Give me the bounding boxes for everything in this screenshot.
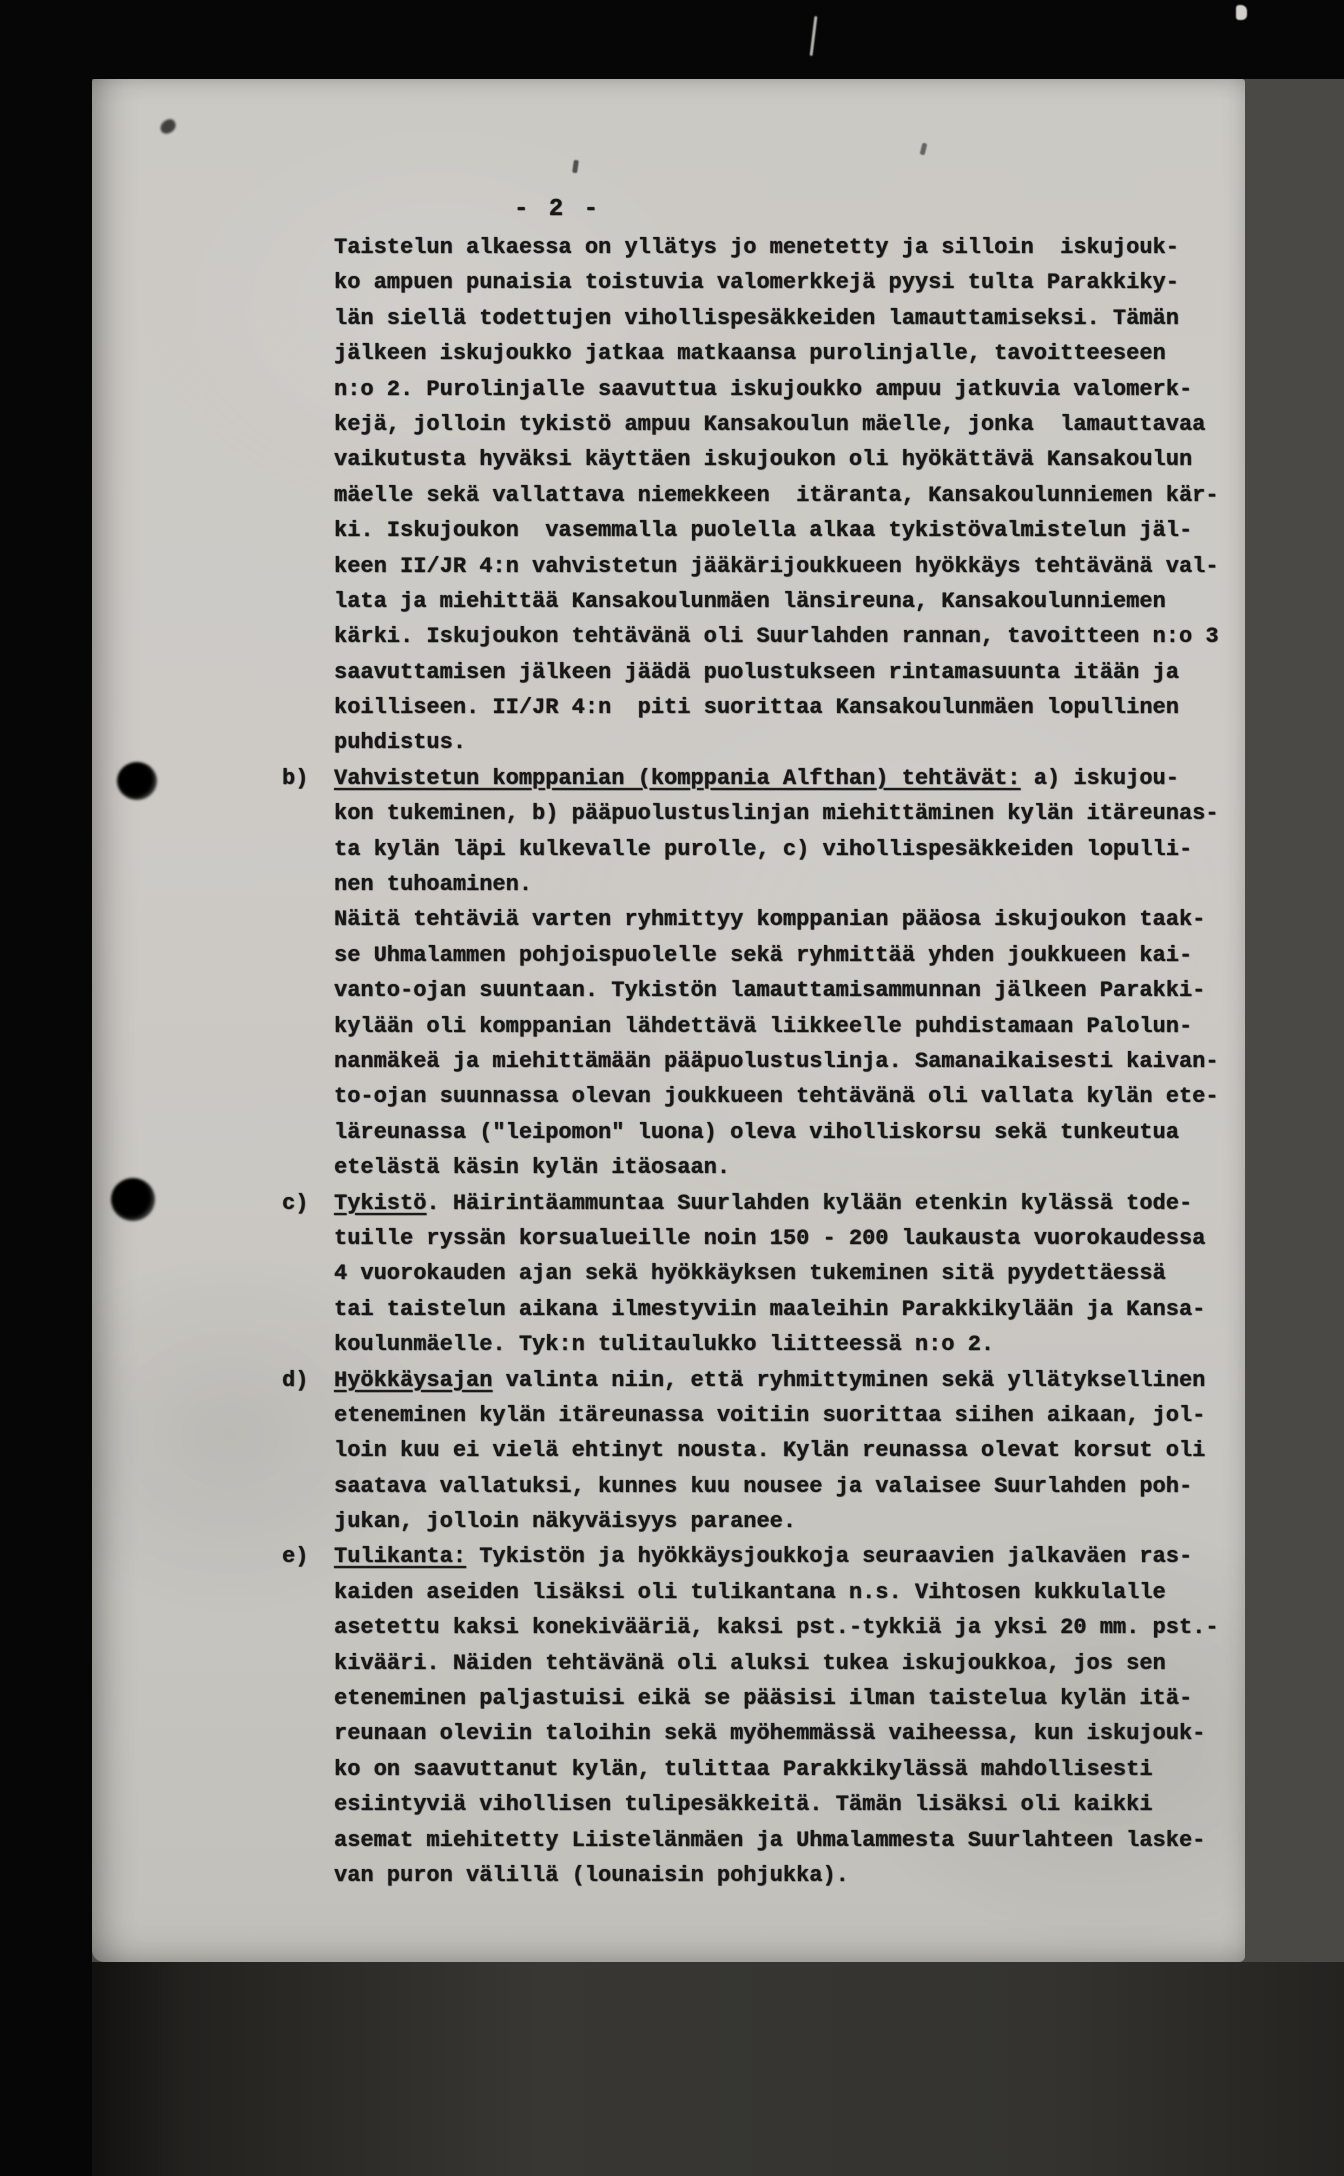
text-line: jukan, jolloin näkyväisyys paranee. [334,1504,1294,1539]
text-line: län siellä todettujen vihollispesäkkeide… [334,301,1294,336]
text-line: tai taistelun aikana ilmestyviin maaleih… [334,1292,1294,1327]
text-line: kivääri. Näiden tehtävänä oli aluksi tuk… [334,1646,1294,1681]
text-line: keen II/JR 4:n vahvistetun jääkärijoukku… [334,549,1294,584]
text-line: nen tuhoaminen. [334,867,1294,902]
text-line: eteneminen kylän itäreunassa voitiin suo… [334,1398,1294,1433]
text-line: etelästä käsin kylän itäosaan. [334,1150,1294,1185]
section-label: d) [282,1363,308,1398]
page-number: - 2 - [514,196,601,223]
text-line: se Uhmalammen pohjoispuolelle sekä ryhmi… [334,938,1294,973]
text-line: läreunassa ("leipomon" luona) oleva viho… [334,1115,1294,1150]
scanned-document: - 2 - Taistelun alkaessa on yllätys jo m… [0,0,1344,2176]
section-label: b) [282,761,308,796]
text-line: koulunmäelle. Tyk:n tulitaulukko liittee… [334,1327,1294,1362]
document-section: d)Hyökkäysajan valinta niin, että ryhmit… [334,1363,1294,1540]
document-section: e)Tulikanta: Tykistön ja hyökkäysjoukkoj… [334,1539,1294,1893]
text-line: koilliseen. II/JR 4:n piti suorittaa Kan… [334,690,1294,725]
text-line: jälkeen iskujoukko jatkaa matkaansa puro… [334,336,1294,371]
text-line: nanmäkeä ja miehittämään pääpuolustuslin… [334,1044,1294,1079]
text-line: loin kuu ei vielä ehtinyt nousta. Kylän … [334,1433,1294,1468]
text-line: to-ojan suunnassa olevan joukkueen tehtä… [334,1079,1294,1114]
typewritten-text-layer: - 2 - Taistelun alkaessa on yllätys jo m… [0,0,1344,2176]
text-line: asetettu kaksi konekivääriä, kaksi pst.-… [334,1610,1294,1645]
text-line: asemat miehitetty Liistelänmäen ja Uhmal… [334,1823,1294,1858]
text-line: vanto-ojan suuntaan. Tykistön lamauttami… [334,973,1294,1008]
text-line: reunaan oleviin taloihin sekä myöhemmäss… [334,1716,1294,1751]
text-line: van puron välillä (lounaisin pohjukka). [334,1858,1294,1893]
text-line: Taistelun alkaessa on yllätys jo menetet… [334,230,1294,265]
document-section: Taistelun alkaessa on yllätys jo menetet… [334,230,1294,761]
text-line: ta kylän läpi kulkevalle purolle, c) vih… [334,832,1294,867]
text-line: ko on saavuttanut kylän, tulittaa Parakk… [334,1752,1294,1787]
text-line: ko ampuen punaisia toistuvia valomerkkej… [334,265,1294,300]
text-line: d)Hyökkäysajan valinta niin, että ryhmit… [334,1363,1294,1398]
text-line: kon tukeminen, b) pääpuolustuslinjan mie… [334,796,1294,831]
text-line: kejä, jolloin tykistö ampuu Kansakoulun … [334,407,1294,442]
text-line: puhdistus. [334,725,1294,760]
text-line: eteneminen paljastuisi eikä se pääsisi i… [334,1681,1294,1716]
text-column: Taistelun alkaessa on yllätys jo menetet… [334,230,1294,1893]
text-line: kaiden aseiden lisäksi oli tulikantana n… [334,1575,1294,1610]
text-line: 4 vuorokauden ajan sekä hyökkäyksen tuke… [334,1256,1294,1291]
underlined-heading: Tulikanta: [334,1544,466,1569]
text-line: ki. Iskujoukon vasemmalla puolella alkaa… [334,513,1294,548]
document-section: b)Vahvistetun komppanian (komppania Alft… [334,761,1294,1186]
text-line: lata ja miehittää Kansakoulunmäen länsir… [334,584,1294,619]
underlined-heading: Hyökkäysajan [334,1368,492,1393]
text-line: kylään oli komppanian lähdettävä liikkee… [334,1009,1294,1044]
text-line: mäelle sekä vallattava niemekkeen itäran… [334,478,1294,513]
text-line: b)Vahvistetun komppanian (komppania Alft… [334,761,1294,796]
text-line: vaikutusta hyväksi käyttäen iskujoukon o… [334,442,1294,477]
text-line: saatava vallatuksi, kunnes kuu nousee ja… [334,1469,1294,1504]
text-line: n:o 2. Purolinjalle saavuttua iskujoukko… [334,372,1294,407]
text-line: tuille ryssän korsualueille noin 150 - 2… [334,1221,1294,1256]
underlined-heading: Vahvistetun komppanian (komppania Alftha… [334,766,1021,791]
text-line: kärki. Iskujoukon tehtävänä oli Suurlahd… [334,619,1294,654]
section-label: e) [282,1539,308,1574]
text-line: Näitä tehtäviä varten ryhmittyy komppani… [334,902,1294,937]
section-label: c) [282,1186,308,1221]
underlined-heading: Tykistö [334,1191,426,1216]
text-line: esiintyviä vihollisen tulipesäkkeitä. Tä… [334,1787,1294,1822]
text-line: saavuttamisen jälkeen jäädä puolustuksee… [334,655,1294,690]
document-section: c)Tykistö. Häirintäammuntaa Suurlahden k… [334,1186,1294,1363]
text-line: c)Tykistö. Häirintäammuntaa Suurlahden k… [334,1186,1294,1221]
text-line: e)Tulikanta: Tykistön ja hyökkäysjoukkoj… [334,1539,1294,1574]
